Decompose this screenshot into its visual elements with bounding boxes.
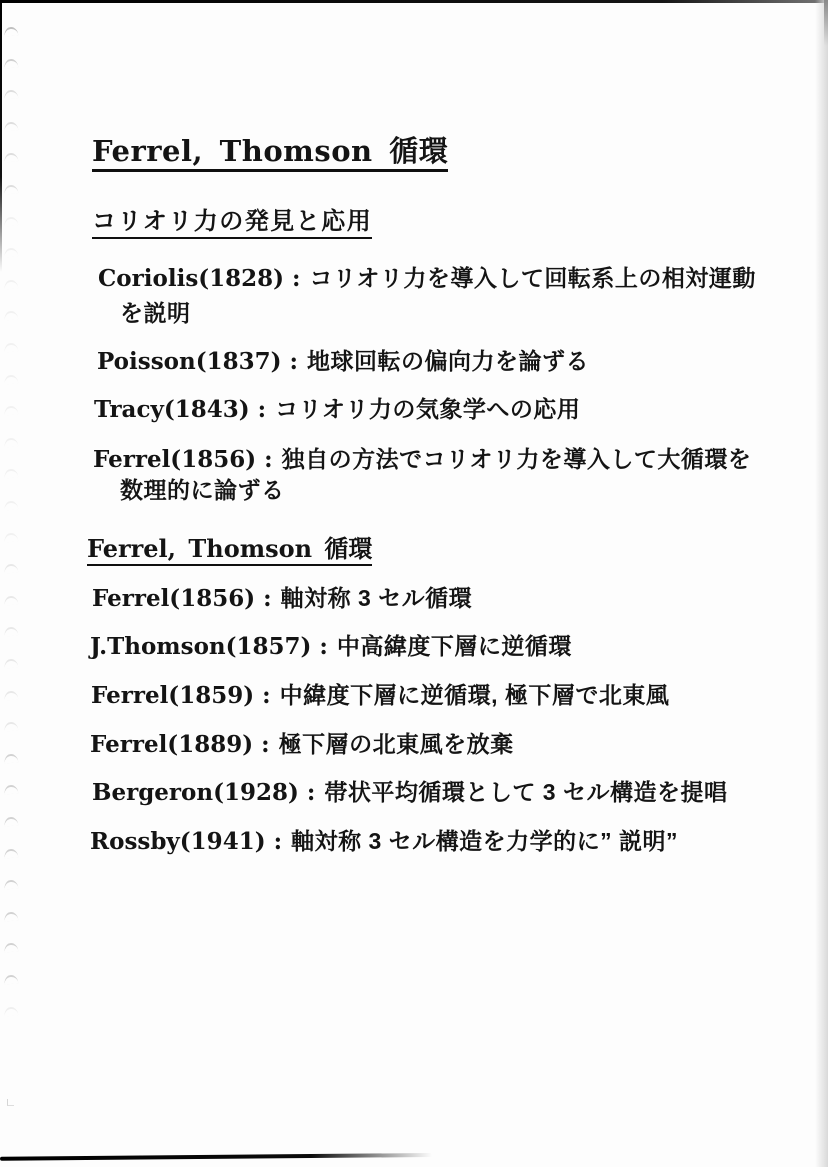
page-title: Ferrel, Thomson 循環 [92,133,448,172]
binder-hole-mark [4,848,19,858]
scan-corner-mark [7,1099,14,1106]
binder-hole-mark [4,627,19,637]
binder-hole-mark [4,595,19,605]
entry-coriolis-1828: Coriolis(1828):コリオリ力を導入して回転系上の相対運動 [98,264,756,294]
binder-hole-mark [4,879,19,889]
entry-separator: : [290,348,299,377]
entry-text: 中緯度下層に逆循環, 極下層で北東風 [280,682,670,708]
entry-text: 軸対称 3 セル構造を力学的に” 説明” [291,828,678,854]
binder-hole-mark [4,785,19,795]
binder-hole-mark [4,753,19,763]
entry-separator: : [274,828,283,857]
entry-name: Coriolis(1828) [98,265,284,292]
entry-separator: : [264,446,273,475]
binder-hole-mark [4,563,19,573]
section-heading-coriolis: コリオリ力の発見と応用 [92,207,372,239]
entry-name: Poisson(1837) [97,348,282,375]
entry-text: コリオリ力の気象学への応用 [275,396,580,422]
binder-hole-mark [4,911,19,921]
entry-text: 帯状平均循環として 3 セル構造を提唱 [324,779,727,805]
binder-hole-mark [4,342,19,352]
entry-ferrel-1856-b: Ferrel(1856):軸対称 3 セル循環 [92,584,472,614]
binder-hole-mark [4,469,19,479]
scan-top-edge [0,0,828,3]
entry-name: Ferrel(1859) [91,682,254,709]
entry-separator: : [292,265,301,294]
binder-hole-mark [4,58,19,68]
entry-ferrel-1856-a: Ferrel(1856):独自の方法でコリオリ力を導入して大循環を [93,445,751,475]
binder-hole-mark [4,247,19,257]
binder-hole-mark [4,374,19,384]
entry-tracy-1843: Tracy(1843):コリオリ力の気象学への応用 [94,395,580,425]
entry-text: 極下層の北東風を放棄 [279,731,514,757]
entry-coriolis-1828-continuation: を説明 [120,299,191,328]
entry-name: Tracy(1843) [94,396,250,423]
binder-hole-mark [4,437,19,447]
binder-hole-mark [4,153,19,163]
binder-hole-mark [4,216,19,226]
entry-rossby-1941: Rossby(1941):軸対称 3 セル構造を力学的に” 説明” [90,827,678,857]
entry-name: Ferrel(1856) [92,585,255,612]
binder-hole-mark [4,974,19,984]
binder-hole-mark [4,816,19,826]
binder-hole-mark [4,405,19,415]
entry-name: Rossby(1941) [90,828,266,855]
binder-hole-mark [4,311,19,321]
scan-bottom-streak [0,1153,432,1161]
section-heading-ferrel-thomson: Ferrel, Thomson 循環 [87,534,372,566]
entry-text: 中高緯度下層に逆循環 [337,633,572,659]
entry-separator: : [261,731,270,760]
entry-text: 軸対称 3 セル循環 [281,585,473,611]
scan-right-shadow [815,0,828,1167]
entry-name: Bergeron(1928) [92,779,299,806]
entry-text: 地球回転の偏向力を論ずる [307,348,589,374]
scan-left-edge [0,0,2,272]
entry-separator: : [263,585,272,614]
binder-hole-mark [4,1006,19,1016]
binder-hole-mark [4,532,19,542]
entry-text: コリオリ力を導入して回転系上の相対運動 [310,265,756,291]
binder-hole-mark [4,943,19,953]
entry-jthomson-1857: J.Thomson(1857):中高緯度下層に逆循環 [90,632,572,662]
binder-hole-mark [4,89,19,99]
entry-separator: : [307,779,316,808]
entry-ferrel-1889: Ferrel(1889):極下層の北東風を放棄 [90,730,514,760]
binder-hole-mark [4,721,19,731]
binder-hole-mark [4,690,19,700]
entry-name: J.Thomson(1857) [90,633,311,660]
entry-ferrel-1859: Ferrel(1859):中緯度下層に逆循環, 極下層で北東風 [91,681,669,711]
binder-hole-mark [4,279,19,289]
binder-hole-mark [4,500,19,510]
scanned-page: Ferrel, Thomson 循環 コリオリ力の発見と応用 Coriolis(… [0,0,828,1167]
entry-separator: : [319,633,328,662]
binder-hole-mark [4,121,19,131]
entry-bergeron-1928: Bergeron(1928):帯状平均循環として 3 セル構造を提唱 [92,778,727,808]
entry-name: Ferrel(1889) [90,731,253,758]
entry-separator: : [262,682,271,711]
entry-ferrel-1856-a-continuation: 数理的に論ずる [120,476,285,505]
binder-hole-mark [4,26,19,36]
scan-right-corner-mark [824,0,828,46]
entry-poisson-1837: Poisson(1837):地球回転の偏向力を論ずる [97,347,589,377]
entry-separator: : [258,396,267,425]
binder-hole-mark [4,184,19,194]
entry-name: Ferrel(1856) [93,446,256,473]
binder-hole-mark [4,658,19,668]
entry-text: 独自の方法でコリオリ力を導入して大循環を [282,446,752,472]
